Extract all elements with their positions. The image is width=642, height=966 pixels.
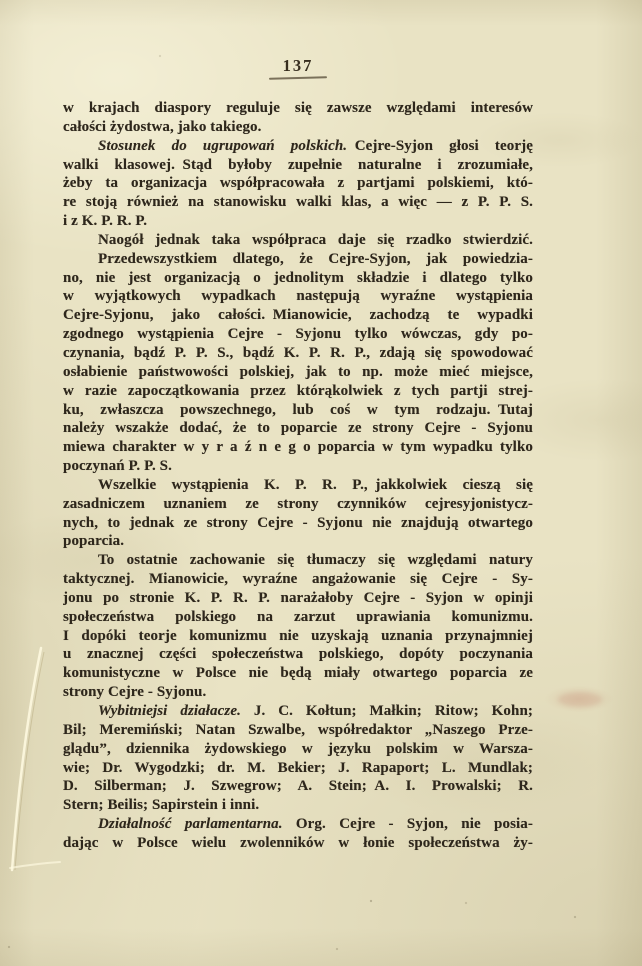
text-line: re stoją również na stanowisku walki kla… [63,193,533,212]
text-run: wie; Dr. Wygodzki; dr. M. Bekier; J. Rap… [63,760,533,776]
italic-run: Stosunek do ugrupowań polskich. [98,138,347,154]
text-line: należy wszakże dodać, że to poparcie ze … [63,419,533,438]
text-run: Stern; Beilis; Sapirstein i inni. [63,797,259,813]
text-run: Bil; Meremiński; Natan Szwalbe, współred… [63,722,533,738]
text-run: w krajach diaspory reguluje się zawsze w… [63,100,533,116]
text-line: ku, zwłaszcza powszechnego, lub coś w ty… [63,401,533,420]
text-run: Cejre-Syjon głosi teorję [347,138,533,154]
text-run: jonu po stronie K. P. R. P. narażałoby C… [63,590,533,606]
text-run: re stoją również na stanowisku walki kla… [63,194,533,210]
text-run: zasadniczem uznaniem ze strony czynników… [63,496,533,512]
text-line: Naogół jednak taka współpraca daje się r… [63,231,533,250]
text-run: ku, zwłaszcza powszechnego, lub coś w ty… [63,402,533,418]
text-run: To ostatnie zachowanie się tłumaczy się … [98,552,533,568]
text-run: u znacznej części społeczeństwa polskieg… [63,646,533,662]
text-line: nych, to jednak ze strony Cejre - Syjonu… [63,514,533,533]
text-run: osłabienie państwowości polskiej, jak to… [63,364,533,380]
text-run: Cejre-Syjonu, jako całości. Mianowicie, … [63,307,533,323]
text-run: Wszelkie wystąpienia K. P. R. P., jakkol… [98,477,533,493]
text-run: komunistyczne w Polsce nie będą miały ot… [63,665,533,681]
text-line: strony Cejre - Syjonu. [63,683,533,702]
page-number: 137 [63,56,533,79]
text-line: poparcia. [63,532,533,551]
text-run: strony Cejre - Syjonu. [63,684,206,700]
text-run: taktycznej. Mianowicie, wyraźne angażowa… [63,571,533,587]
text-run: żeby ta organizacja współpracowała z par… [63,175,533,191]
text-line: poczynań P. P. S. [63,457,533,476]
text-line: miewa charakter w y r a ź n e g o poparc… [63,438,533,457]
text-line: taktycznej. Mianowicie, wyraźne angażowa… [63,570,533,589]
text-run: no, nie jest organizacją o jednolitym sk… [63,270,533,286]
text-line: żeby ta organizacja współpracowała z par… [63,174,533,193]
text-run: Naogół jednak taka współpraca daje się r… [98,232,533,248]
text-line: Przedewszystkiem dlatego, że Cejre-Syjon… [63,250,533,269]
text-line: Cejre-Syjonu, jako całości. Mianowicie, … [63,306,533,325]
text-line: Stern; Beilis; Sapirstein i inni. [63,796,533,815]
text-run: w wyjątkowych wypadkach następują wyraźn… [63,288,533,304]
text-run: czynania, bądź P. P. S., bądź K. P. R. P… [63,345,533,361]
text-run: w razie zapoczątkowania przez którąkolwi… [63,383,533,399]
text-line: Wszelkie wystąpienia K. P. R. P., jakkol… [63,476,533,495]
text-line: Działalność parlamentarna. Org. Cejre - … [63,815,533,834]
text-run: należy wszakże dodać, że to poparcie ze … [63,420,533,436]
text-run: dając w Polsce wielu zwolenników w łonie… [63,835,533,851]
text-line: w wyjątkowych wypadkach następują wyraźn… [63,287,533,306]
text-run: D. Silberman; J. Szwegrow; A. Stein; A. … [63,778,533,794]
text-line: u znacznej części społeczeństwa polskieg… [63,645,533,664]
book-page: 137 w krajach diaspory reguluje się zaws… [0,0,642,966]
text-line: jonu po stronie K. P. R. P. narażałoby C… [63,589,533,608]
text-line: walki klasowej. Stąd byłoby zupełnie nat… [63,156,533,175]
page-number-text: 137 [283,56,314,75]
text-line: w krajach diaspory reguluje się zawsze w… [63,99,533,118]
text-line: całości żydostwa, jako takiego. [63,118,533,137]
text-run: walki klasowej. Stąd byłoby zupełnie nat… [63,157,533,173]
text-line: glądu”, dziennika żydowskiego w języku p… [63,740,533,759]
text-line: czynania, bądź P. P. S., bądź K. P. R. P… [63,344,533,363]
text-run: i z K. P. R. P. [63,213,147,229]
text-line: To ostatnie zachowanie się tłumaczy się … [63,551,533,570]
text-line: dając w Polsce wielu zwolenników w łonie… [63,834,533,853]
text-line: D. Silberman; J. Szwegrow; A. Stein; A. … [63,777,533,796]
italic-run: Działalność parlamentarna. [98,816,283,832]
text-run: społeczeństwa polskiego na zarzut uprawi… [63,609,533,625]
text-run: glądu”, dziennika żydowskiego w języku p… [63,741,533,757]
text-line: w razie zapoczątkowania przez którąkolwi… [63,382,533,401]
text-line: Wybitniejsi działacze. J. C. Kołtun; Mał… [63,702,533,721]
text-run: J. C. Kołtun; Małkin; Ritow; Kohn; [241,703,533,719]
text-line: wie; Dr. Wygodzki; dr. M. Bekier; J. Rap… [63,759,533,778]
text-run: nych, to jednak ze strony Cejre - Syjonu… [63,515,533,531]
text-run: miewa charakter w y r a ź n e g o poparc… [63,439,533,455]
text-line: i z K. P. R. P. [63,212,533,231]
text-line: osłabienie państwowości polskiej, jak to… [63,363,533,382]
text-run: zgodnego wystąpienia Cejre - Syjonu tylk… [63,326,533,342]
text-line: I dopóki teorje komunizmu nie uzyskają u… [63,627,533,646]
page-number-rule [269,76,327,80]
text-line: zasadniczem uznaniem ze strony czynników… [63,495,533,514]
italic-run: Wybitniejsi działacze. [98,703,241,719]
text-run: poparcia. [63,533,124,549]
text-run: Org. Cejre - Syjon, nie posia- [283,816,533,832]
text-line: Bil; Meremiński; Natan Szwalbe, współred… [63,721,533,740]
text-run: poczynań P. P. S. [63,458,172,474]
text-run: Przedewszystkiem dlatego, że Cejre-Syjon… [98,251,533,267]
page-text: w krajach diaspory reguluje się zawsze w… [63,99,533,853]
text-run: I dopóki teorje komunizmu nie uzyskają u… [63,628,533,644]
text-line: no, nie jest organizacją o jednolitym sk… [63,269,533,288]
ink-smudge [558,692,602,707]
text-line: Stosunek do ugrupowań polskich. Cejre-Sy… [63,137,533,156]
text-line: komunistyczne w Polsce nie będą miały ot… [63,664,533,683]
text-line: społeczeństwa polskiego na zarzut uprawi… [63,608,533,627]
text-line: zgodnego wystąpienia Cejre - Syjonu tylk… [63,325,533,344]
text-run: całości żydostwa, jako takiego. [63,119,262,135]
